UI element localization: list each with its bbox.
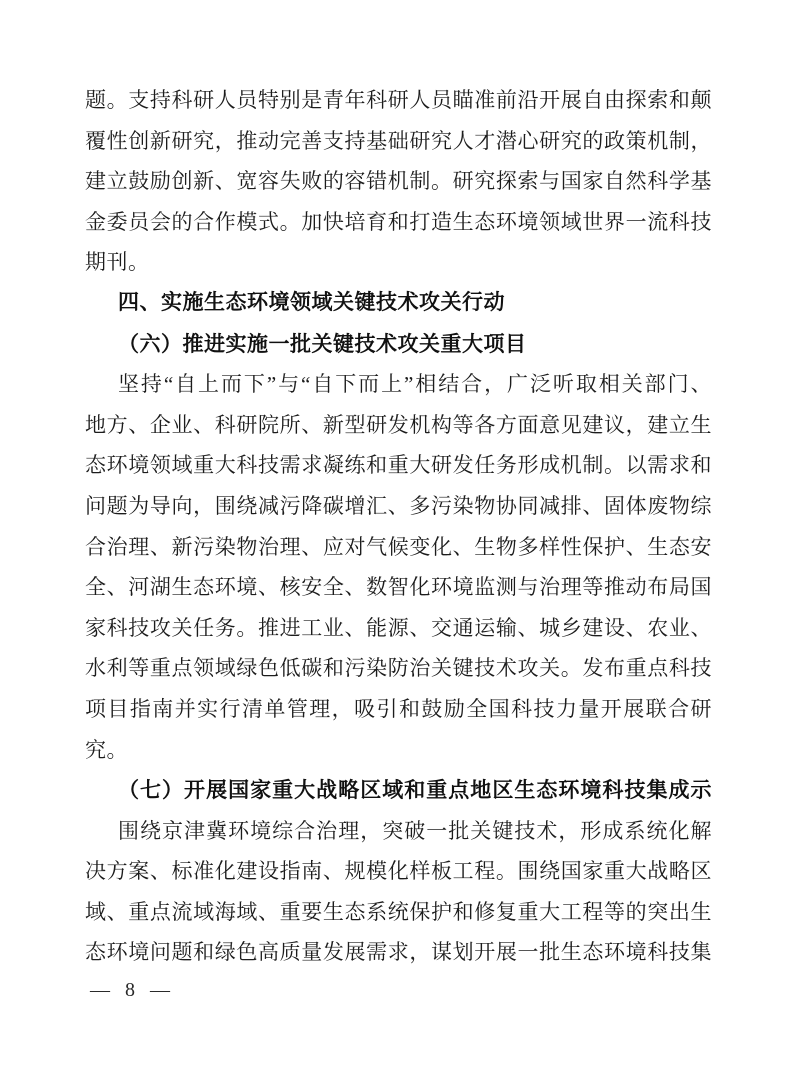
text-line: 态环境领域重大科技需求凝练和重大研发任务形成机制。以需求和	[85, 445, 712, 486]
subsection-heading-seven: （七）开展国家重大战略区域和重点地区生态环境科技集成示范	[85, 770, 712, 811]
document-page: 题。支持科研人员特别是青年科研人员瞄准前沿开展自由探索和颠 覆性创新研究，推动完…	[0, 0, 796, 1077]
text-line: 围绕京津冀环境综合治理，突破一批关键技术，形成系统化解	[85, 811, 712, 852]
text-line: 家科技攻关任务。推进工业、能源、交通运输、城乡建设、农业、	[85, 608, 712, 649]
text-line: 域、重点流域海域、重要生态系统保护和修复重大工程等的突出生	[85, 892, 712, 933]
text-line: 建立鼓励创新、宽容失败的容错机制。研究探索与国家自然科学基	[85, 161, 712, 202]
text-line: 期刊。	[85, 242, 712, 283]
text-line: 问题为导向，围绕减污降碳增汇、多污染物协同减排、固体废物综	[85, 486, 712, 527]
text-line: 地方、企业、科研院所、新型研发机构等各方面意见建议，建立生	[85, 405, 712, 446]
text-line: 态环境问题和绿色高质量发展需求，谋划开展一批生态环境科技集	[85, 932, 712, 973]
subsection-heading-six: （六）推进实施一批关键技术攻关重大项目	[85, 324, 712, 365]
section-heading-four: 四、实施生态环境领域关键技术攻关行动	[85, 283, 712, 324]
text-line: 合治理、新污染物治理、应对气候变化、生物多样性保护、生态安	[85, 527, 712, 568]
text-line: 全、河湖生态环境、核安全、数智化环境监测与治理等推动布局国	[85, 567, 712, 608]
text-line: 水利等重点领域绿色低碳和污染防治关键技术攻关。发布重点科技	[85, 648, 712, 689]
text-line: 覆性创新研究，推动完善支持基础研究人才潜心研究的政策机制，	[85, 121, 712, 162]
page-number: — 8 —	[90, 978, 171, 1002]
text-line: 项目指南并实行清单管理，吸引和鼓励全国科技力量开展联合研	[85, 689, 712, 730]
text-line: 金委员会的合作模式。加快培育和打造生态环境领域世界一流科技	[85, 202, 712, 243]
text-line: 决方案、标准化建设指南、规模化样板工程。围绕国家重大战略区	[85, 851, 712, 892]
text-line: 坚持“自上而下”与“自下而上”相结合，广泛听取相关部门、	[85, 364, 712, 405]
document-text-block: 题。支持科研人员特别是青年科研人员瞄准前沿开展自由探索和颠 覆性创新研究，推动完…	[85, 80, 712, 973]
text-line: 题。支持科研人员特别是青年科研人员瞄准前沿开展自由探索和颠	[85, 80, 712, 121]
text-line: 究。	[85, 730, 712, 771]
